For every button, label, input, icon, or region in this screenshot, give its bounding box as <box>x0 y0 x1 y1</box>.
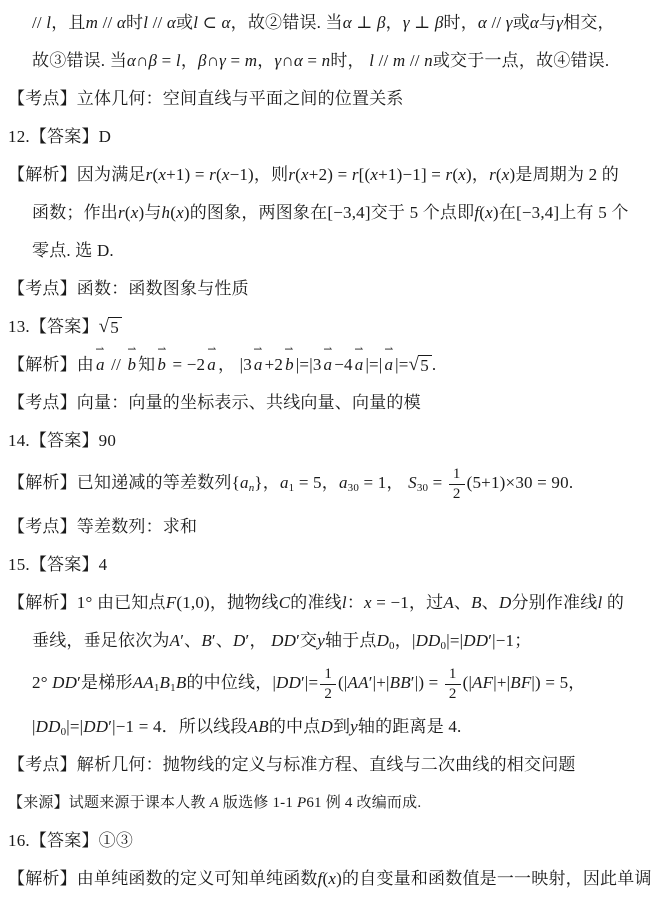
body-text: 12.【答案】D <box>8 127 111 146</box>
text-line-2: 故③错误. 当α∩β = l，β∩γ = m，γ∩α = n时， l // m … <box>8 48 665 74</box>
vector-symbol: ⇀b <box>155 352 168 378</box>
body-text: 【解析】1° 由已知点 <box>8 593 166 612</box>
formula-text: α ⊥ β <box>343 13 386 32</box>
formula-text: |DD <box>412 631 441 650</box>
body-text: 与 <box>539 13 556 32</box>
body-text: ，过 <box>409 593 443 612</box>
formula-text: B′ <box>201 631 216 650</box>
body-text: ， <box>218 355 240 374</box>
formula-text: l ⊂ α <box>193 13 230 32</box>
vector-arrow-icon: ⇀ <box>285 343 294 355</box>
vector-arrow-icon: ⇀ <box>323 343 332 355</box>
formula-text: |=|3 <box>296 355 322 374</box>
text-line-1: // l，且m // α时l // α或l ⊂ α，故②错误. 当α ⊥ β，γ… <box>8 10 665 36</box>
body-text: 版选修 1-1 <box>219 795 297 811</box>
formula-text: D <box>499 593 511 612</box>
body-text: 轴的距离是 4. <box>358 717 462 736</box>
formula-text: C <box>279 593 291 612</box>
body-text: 13.【答案】 <box>8 317 99 336</box>
formula-text: +2 <box>265 355 284 374</box>
formula-text: B <box>176 673 187 692</box>
formula-text: β∩γ = m <box>198 51 257 70</box>
formula-text: l // m // n <box>369 51 433 70</box>
formula-text: D <box>320 717 332 736</box>
body-text: 与 <box>144 203 161 222</box>
document-content: // l，且m // α时l // α或l ⊂ α，故②错误. 当α ⊥ β，γ… <box>8 10 665 892</box>
text-line-12: 14.【答案】90 <box>8 428 665 454</box>
body-text: ， <box>386 13 403 32</box>
body-text: 、 <box>184 631 201 650</box>
body-text: 或交于一点，故④错误. <box>433 51 609 70</box>
body-text: 的准线 <box>290 593 342 612</box>
text-line-10: 【解析】由⇀a // ⇀b知⇀b = −2⇀a， |3⇀a+2⇀b|=|3⇀a−… <box>8 352 665 378</box>
body-text: ，抛物线 <box>210 593 279 612</box>
formula-text: A <box>210 795 219 811</box>
text-line-4: 12.【答案】D <box>8 124 665 150</box>
formula-text: = −2 <box>168 355 205 374</box>
formula-text: = 5 <box>294 473 321 492</box>
body-text: ， <box>257 51 274 70</box>
body-text: 的自变量和函数值是一一映射，因此单调 <box>342 869 652 888</box>
formula-text: y <box>350 717 358 736</box>
text-line-20: 【考点】解析几何：抛物线的定义与标准方程、直线与二次曲线的相交问题 <box>8 752 665 778</box>
body-text: 轴于点 <box>325 631 377 650</box>
body-text: 【考点】函数：函数图象与性质 <box>8 279 249 298</box>
formula-text: (5+1)×30 = 90 <box>467 473 569 492</box>
text-line-15: 15.【答案】4 <box>8 552 665 578</box>
body-text: 【考点】向量：向量的坐标表示、共线向量、向量的模 <box>8 393 421 412</box>
text-line-3: 【考点】立体几何：空间直线与平面之间的位置关系 <box>8 86 665 112</box>
text-line-8: 【考点】函数：函数图象与性质 <box>8 276 665 302</box>
vector-symbol: ⇀a <box>322 352 335 378</box>
body-text: 【考点】等差数列：求和 <box>8 517 197 536</box>
vector-arrow-icon: ⇀ <box>384 343 393 355</box>
formula-text: α <box>530 13 539 32</box>
formula-text: f(x) <box>318 869 342 888</box>
vector-arrow-icon: ⇀ <box>127 343 136 355</box>
document-page: // l，且m // α时l // α或l ⊂ α，故②错误. 当α ⊥ β，γ… <box>0 0 669 904</box>
formula-text: γ ⊥ β <box>403 13 444 32</box>
text-line-5: 【解析】因为满足r(x+1) = r(x−1)，则r(x+2) = r[(x+1… <box>8 162 665 188</box>
text-line-14: 【考点】等差数列：求和 <box>8 514 665 540</box>
body-text: 的图象，两图象在 <box>190 203 328 222</box>
vector-symbol: ⇀a <box>205 352 218 378</box>
formula-text: D′ <box>233 631 249 650</box>
text-line-16: 【解析】1° 由已知点F(1,0)，抛物线C的准线l：x = −1，过A、B、D… <box>8 590 665 616</box>
formula-text: } <box>254 473 262 492</box>
body-text: 15.【答案】4 <box>8 555 107 574</box>
formula-text: α // γ <box>478 13 513 32</box>
formula-text: {a <box>232 473 249 492</box>
formula-text: |3 <box>240 355 252 374</box>
body-text: 16.【答案】①③ <box>8 831 133 850</box>
formula-text: a <box>339 473 348 492</box>
formula-text: [−3,4] <box>327 203 370 222</box>
text-line-23: 【解析】由单纯函数的定义可知单纯函数f(x)的自变量和函数值是一一映射，因此单调 <box>8 866 665 892</box>
body-text: 、 <box>482 593 499 612</box>
subscript: 30 <box>417 482 428 494</box>
body-text: 或 <box>176 13 193 32</box>
body-text: 、 <box>454 593 471 612</box>
fraction: 12 <box>445 666 461 702</box>
formula-text: r(x) <box>489 165 515 184</box>
formula-text: (|AF|+|BF|) = 5 <box>463 673 569 692</box>
formula-text: l // α <box>143 13 176 32</box>
body-text: ，则 <box>254 165 288 184</box>
body-text: 时， <box>330 51 369 70</box>
formula-text: f(x) <box>474 203 498 222</box>
vector-symbol: ⇀b <box>125 352 138 378</box>
body-text: ： <box>347 593 364 612</box>
vector-arrow-icon: ⇀ <box>254 343 263 355</box>
formula-text: S <box>408 473 417 492</box>
vector-symbol: ⇀a <box>94 352 107 378</box>
body-text: 的中位线， <box>186 673 272 692</box>
body-text: ， <box>568 673 585 692</box>
body-text: 的中点 <box>269 717 321 736</box>
formula-text: a <box>280 473 289 492</box>
text-line-11: 【考点】向量：向量的坐标表示、共线向量、向量的模 <box>8 390 665 416</box>
body-text: 【解析】由 <box>8 355 94 374</box>
body-text: 交于 5 个点即 <box>371 203 475 222</box>
formula-text: x = −1 <box>364 593 409 612</box>
formula-text: B <box>471 593 482 612</box>
sqrt-radical: √5 <box>99 317 122 338</box>
formula-text: // <box>107 355 126 374</box>
text-line-18: 2° DD′是梯形AA1B1B的中位线，|DD′|=12(|AA′|+|BB′|… <box>8 666 665 702</box>
vector-arrow-icon: ⇀ <box>207 343 216 355</box>
sqrt-radical: √5 <box>409 355 432 376</box>
body-text: 知 <box>138 355 155 374</box>
vector-symbol: ⇀a <box>353 352 366 378</box>
body-text: 是梯形 <box>81 673 133 692</box>
body-text: 故③错误. 当 <box>32 51 127 70</box>
body-text: 上有 5 个 <box>559 203 628 222</box>
formula-text: AA <box>133 673 154 692</box>
formula-text: m // α <box>86 13 126 32</box>
body-text: ， <box>181 51 198 70</box>
body-text: 时， <box>444 13 478 32</box>
formula-text: 2° <box>32 673 52 692</box>
body-text: . <box>569 473 573 492</box>
formula-text: |=|DD′|−1 <box>446 631 514 650</box>
body-text: ，且 <box>51 13 85 32</box>
vector-arrow-icon: ⇀ <box>157 343 166 355</box>
formula-text: B <box>160 673 171 692</box>
text-line-19: |DD0|=|DD′|−1 = 4．所以线段AB的中点D到y轴的距离是 4. <box>8 714 665 740</box>
formula-text: A′ <box>170 631 185 650</box>
vector-symbol: ⇀b <box>283 352 296 378</box>
formula-text: |= <box>395 355 408 374</box>
text-line-21: 【来源】试题来源于课本人教 A 版选修 1-1 P61 例 4 改编而成. <box>8 790 665 816</box>
body-text: 【解析】由单纯函数的定义可知单纯函数 <box>8 869 318 888</box>
body-text: ．所以线段 <box>162 717 248 736</box>
body-text: ， <box>322 473 339 492</box>
body-text: . <box>432 355 436 374</box>
text-line-13: 【解析】已知递减的等差数列{an}，a1 = 5，a30 = 1， S30 = … <box>8 466 665 502</box>
formula-text: |=| <box>365 355 382 374</box>
body-text: ； <box>514 631 531 650</box>
formula-text: AB <box>248 717 269 736</box>
fraction: 12 <box>449 466 465 502</box>
formula-text: P61 <box>297 795 322 811</box>
text-line-9: 13.【答案】√5 <box>8 314 665 340</box>
text-line-22: 16.【答案】①③ <box>8 828 665 854</box>
body-text: 函数；作出 <box>32 203 118 222</box>
body-text: 【考点】立体几何：空间直线与平面之间的位置关系 <box>8 89 404 108</box>
text-line-17: 垂线，垂足依次为A′、B′、D′， DD′交y轴于点D0，|DD0|=|DD′|… <box>8 628 665 654</box>
text-line-7: 零点. 选 D. <box>8 238 665 264</box>
vector-arrow-icon: ⇀ <box>354 343 363 355</box>
body-text: 【考点】解析几何：抛物线的定义与标准方程、直线与二次曲线的相交问题 <box>8 755 576 774</box>
body-text: 或 <box>513 13 530 32</box>
body-text: 、 <box>216 631 233 650</box>
formula-text: DD′ <box>271 631 300 650</box>
formula-text: α∩β = l <box>127 51 181 70</box>
body-text: 零点. 选 D. <box>32 241 114 260</box>
formula-text: r(x) <box>118 203 144 222</box>
fraction: 12 <box>320 666 336 702</box>
body-text: 【解析】已知递减的等差数列 <box>8 473 232 492</box>
formula-text: h(x) <box>162 203 190 222</box>
formula-text: |=|DD′|−1 = 4 <box>66 717 161 736</box>
formula-text: |DD′|= <box>272 673 318 692</box>
formula-text: γ∩α = n <box>274 51 330 70</box>
body-text: ， <box>249 631 271 650</box>
body-text: 相交， <box>563 13 615 32</box>
formula-text: [−3,4] <box>516 203 559 222</box>
body-text: 垂线，垂足依次为 <box>32 631 170 650</box>
subscript: 30 <box>348 482 359 494</box>
formula-text: (|AA′|+|BB′|) = <box>338 673 443 692</box>
body-text: 分别作准线 <box>511 593 597 612</box>
formula-text: −4 <box>334 355 353 374</box>
formula-text: DD′ <box>52 673 81 692</box>
body-text: 【来源】试题来源于课本人教 <box>8 795 210 811</box>
body-text: 是周期为 2 的 <box>515 165 619 184</box>
body-text: ， <box>386 473 408 492</box>
body-text: ， <box>472 165 489 184</box>
body-text: 在 <box>499 203 516 222</box>
formula-text: D <box>377 631 389 650</box>
formula-text: = <box>428 473 447 492</box>
formula-text: y <box>317 631 325 650</box>
vector-symbol: ⇀a <box>382 352 395 378</box>
formula-text: |DD <box>32 717 61 736</box>
text-line-6: 函数；作出r(x)与h(x)的图象，两图象在[−3,4]交于 5 个点即f(x)… <box>8 200 665 226</box>
body-text: 时 <box>126 13 143 32</box>
formula-text: r(x+2) = r[(x+1)−1] = r(x) <box>288 165 472 184</box>
formula-text: // l <box>32 13 51 32</box>
formula-text: = 1 <box>359 473 386 492</box>
vector-arrow-icon: ⇀ <box>96 343 105 355</box>
body-text: 例 4 改编而成. <box>322 795 422 811</box>
vector-symbol: ⇀a <box>252 352 265 378</box>
body-text: 到 <box>333 717 350 736</box>
body-text: ， <box>263 473 280 492</box>
body-text: 【解析】因为满足 <box>8 165 146 184</box>
formula-text: A <box>443 593 454 612</box>
body-text: 的 <box>602 593 624 612</box>
body-text: 14.【答案】90 <box>8 431 116 450</box>
body-text: 交 <box>300 631 317 650</box>
formula-text: F(1,0) <box>166 593 210 612</box>
formula-text: r(x+1) = r(x−1) <box>146 165 254 184</box>
body-text: ，故②错误. 当 <box>231 13 343 32</box>
body-text: ， <box>395 631 412 650</box>
